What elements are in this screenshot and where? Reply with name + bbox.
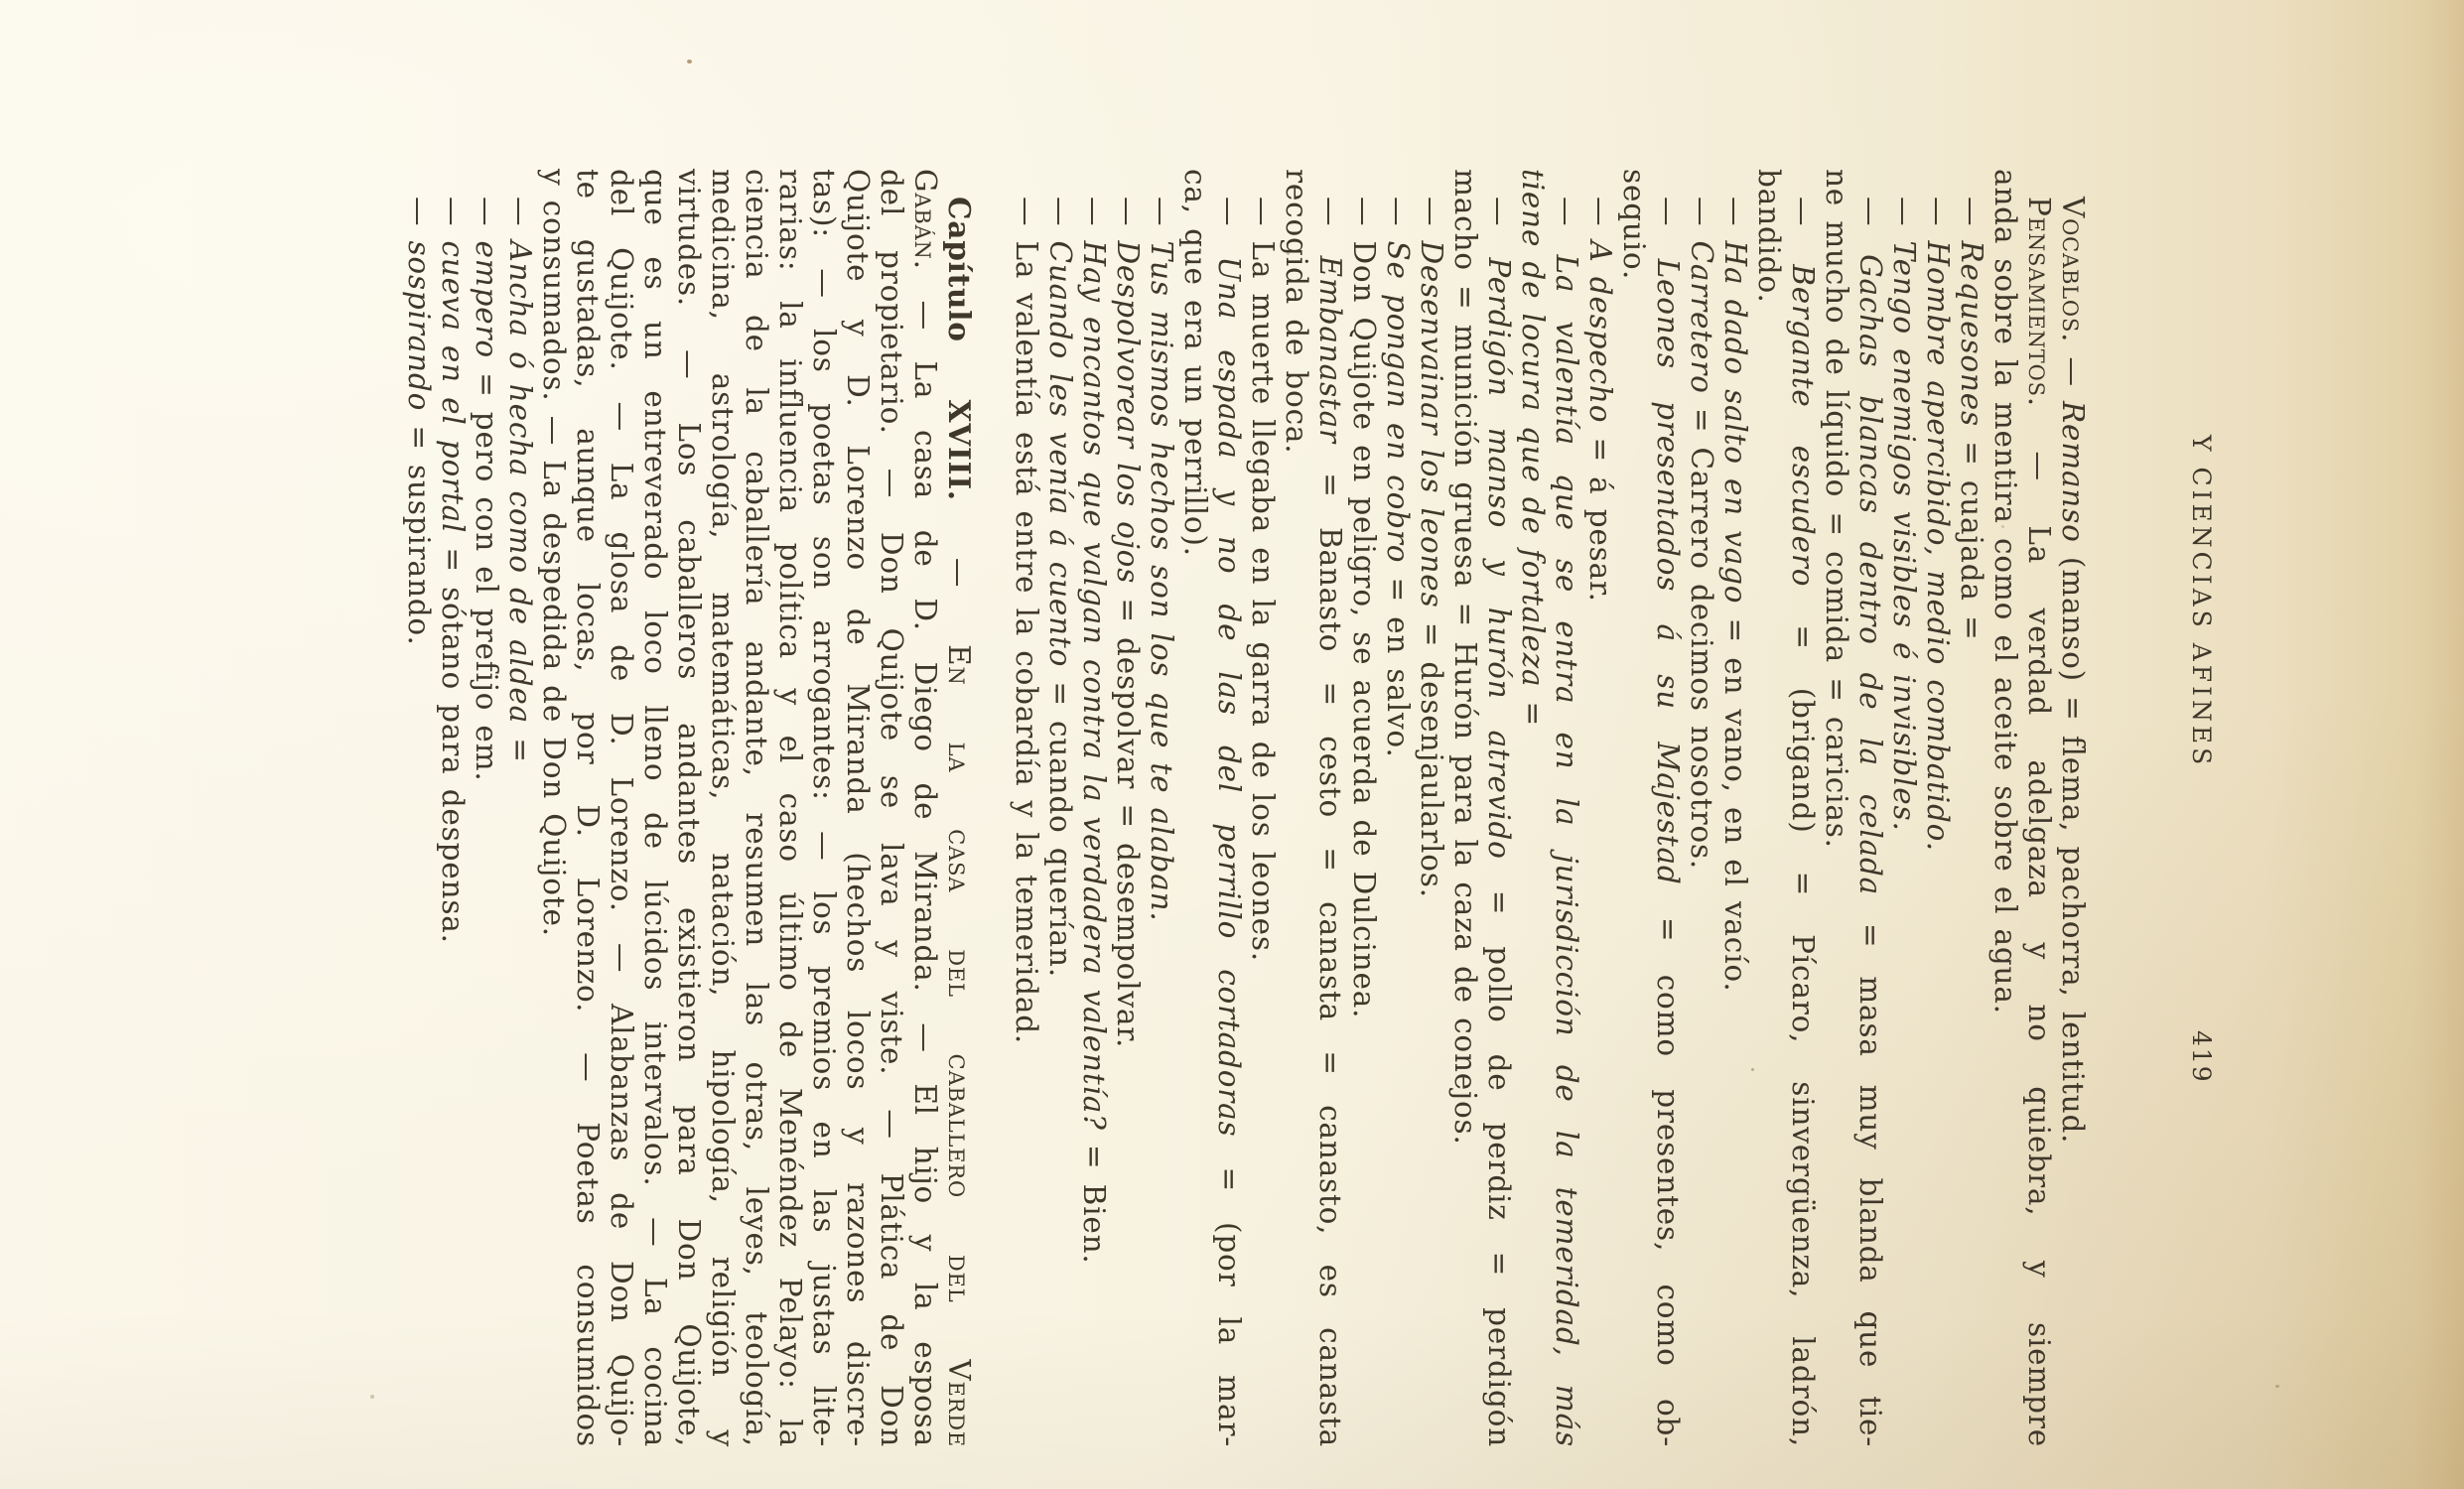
text-line: Gabán. — La casa de D. Diego de Miranda.… — [908, 169, 942, 1447]
text-line: — Tus mismos hechos son los que te alaba… — [1145, 169, 1178, 1447]
paper-speck — [2001, 525, 2004, 528]
running-title: Y CIENCIAS AFINES — [2187, 435, 2216, 768]
text-line: — Leones presentados á su Majestad = com… — [1651, 169, 1685, 1447]
text-line: — Embanastar = Banasto = cesto = canasta… — [1313, 169, 1347, 1447]
book-page: Y CIENCIAS AFINES 419 Vocablos. — Remans… — [0, 0, 2464, 1489]
running-header: Y CIENCIAS AFINES 419 — [2176, 0, 2216, 1489]
text-line: — empero = pero con el prefijo em. — [470, 169, 503, 1447]
text-line: — Gachas blancas dentro de la celada = m… — [1853, 169, 1887, 1447]
text-line: — cueva en el portal = sótano para despe… — [436, 169, 470, 1447]
text-line: ca, que era un perrillo). — [1178, 169, 1212, 1447]
text-line: — Requesones = cuajada = — [1955, 169, 1988, 1447]
text-line: bandido. — [1752, 169, 1786, 1447]
scanned-book-page: Y CIENCIAS AFINES 419 Vocablos. — Remans… — [0, 0, 2464, 1489]
text-line: — Don Quijote en peligro, se acuerda de … — [1347, 169, 1381, 1447]
text-line: sequio. — [1617, 169, 1651, 1447]
paper-speck — [370, 1395, 374, 1399]
text-line: — La muerte llegaba en la garra de los l… — [1246, 169, 1280, 1447]
body-text: Vocablos. — Remanso (manso) = flema, pac… — [402, 169, 2090, 1447]
text-line: — Desenvainar los leones = desenjaularlo… — [1415, 169, 1448, 1447]
text-line: — sospirando = suspirando. — [402, 169, 436, 1447]
text-line: rarias: la influencia política y el caso… — [773, 169, 807, 1447]
text-line: — La valentía que se entra en la jurisdi… — [1550, 169, 1583, 1447]
text-line: tas): — los poetas son arrogantes: — los… — [807, 169, 841, 1447]
paper-speck — [1751, 1068, 1754, 1071]
paper-speck — [687, 60, 692, 64]
text-line: te gustadas, aunque locas, por D. Lorenz… — [571, 169, 605, 1447]
text-line: — Hay encantos que valgan contra la verd… — [1077, 169, 1111, 1447]
text-line: Quijote y D. Lorenzo de Miranda (hechos … — [841, 169, 875, 1447]
text-line: del Quijote. — La glosa de D. Lorenzo. —… — [605, 169, 638, 1447]
text-line: — Ha dado salto en vago = en vano, en el… — [1718, 169, 1752, 1447]
paper-speck — [2275, 1385, 2279, 1388]
text-line: del propietario. — Don Quijote se lava y… — [875, 169, 908, 1447]
paper-speck — [1287, 252, 1290, 255]
text-line: — Bergante escudero = (brigand) = Pícaro… — [1786, 169, 1820, 1447]
text-line: — Despolvorear los ojos = despolvar = de… — [1111, 169, 1145, 1447]
text-line: — Ancha ó hecha como de aldea = — [503, 169, 537, 1447]
text-line: — Se pongan en cobro = en salvo. — [1381, 169, 1415, 1447]
text-line: tiene de locura que de fortaleza = — [1516, 169, 1550, 1447]
text-line: Vocablos. — Remanso (manso) = flema, pac… — [2056, 169, 2090, 1447]
text-line: — Una espada y no de las del perrillo co… — [1212, 169, 1246, 1447]
text-line: recogida de boca. — [1280, 169, 1313, 1447]
text-line: ciencia de la caballería andante, resume… — [740, 169, 773, 1447]
text-line: virtudes. — Los caballeros andantes exis… — [672, 169, 706, 1447]
text-line: macho = munición gruesa = Hurón para la … — [1448, 169, 1482, 1447]
text-line: — La valentía está entre la cobardía y l… — [1010, 169, 1043, 1447]
page-number: 419 — [2187, 1030, 2216, 1084]
text-line: — A despecho = á pesar. — [1583, 169, 1617, 1447]
text-line: — Perdigón manso y hurón atrevido = poll… — [1482, 169, 1516, 1447]
text-line: Capítulo XVIII. — En la casa del caballe… — [942, 169, 976, 1447]
text-line: medicina, astrología, matemáticas, natac… — [706, 169, 740, 1447]
text-line: — Hombre apercibido, medio combatido. — [1921, 169, 1955, 1447]
text-line: Pensamientos. — La verdad adelgaza y no … — [2022, 169, 2056, 1447]
text-line: y consumados. — La despedida de Don Quij… — [537, 169, 571, 1447]
text-line: ne mucho de líquido = comida = caricias. — [1820, 169, 1853, 1447]
text-line: anda sobre la mentira como el aceite sob… — [1988, 169, 2022, 1447]
text-line: — Tengo enemigos visibles é invisibles. — [1887, 169, 1921, 1447]
text-line: que es un entreverado loco lleno de lúci… — [638, 169, 672, 1447]
text-line: — Carretero = Carrero decimos nosotros. — [1685, 169, 1718, 1447]
text-line: — Cuando les venía á cuento = cuando que… — [1043, 169, 1077, 1447]
